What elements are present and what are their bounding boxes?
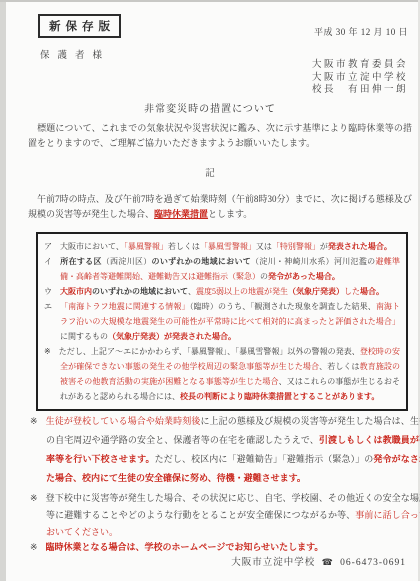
- item-marker: ※: [44, 347, 51, 356]
- closure-criteria-box: ア大阪市において、「暴風警報」若しくは「暴風雪警報」又は「特別警報」が発表された…: [36, 232, 408, 411]
- recipient-label: 保護者様: [40, 47, 110, 61]
- note-homepage-announcement: ※臨時休業となる場合は、学校のホームページでお知らせいたします。: [30, 540, 420, 555]
- note-marker: ※: [30, 493, 38, 503]
- note-text: 臨時休業となる場合は、学校のホームページでお知らせいたします。: [46, 542, 324, 552]
- criteria-item-i: イ所在する区（西淀川区）のいずれかの地域において（淀川・神崎川水系）河川氾濫の避…: [44, 254, 400, 284]
- criteria-item-text: 大阪市内のいずれかの地域において、震度5弱以上の地震が発生（気象庁発表）した場合…: [60, 287, 384, 296]
- item-marker: ア: [44, 242, 52, 251]
- criteria-item-text: 「南海トラフ地震に関連する情報」（臨時）のうち、「観測された現象を調査した結果、…: [60, 302, 400, 341]
- document-title: 非常変災時の措置について: [0, 100, 420, 115]
- document-date: 平成 30 年 12 月 10 日: [314, 25, 408, 38]
- scan-top-edge: [0, 0, 420, 2]
- sender-principal-name: 校長 有田伸一朗: [312, 84, 408, 97]
- footer-phone-number: 06-6473-0691: [340, 558, 406, 568]
- preservation-stamp: 新保存版: [38, 14, 121, 38]
- footer-contact: 大阪市立淀中学校 ☎ 06-6473-0691: [231, 554, 406, 568]
- item-marker: ウ: [44, 287, 52, 296]
- item-marker: イ: [44, 257, 52, 266]
- note-text: 登下校中に災害等が発生した場合、その状況に応じ、自宅、学校園、その他近くの安全な…: [46, 493, 420, 537]
- note-dismissal-procedure: ※生徒が登校している場合や始業時刻後に上記の態様及び規模の災害等が発生した場合は…: [30, 412, 420, 488]
- note-marker: ※: [30, 416, 38, 426]
- criteria-item-text: 大阪市において、「暴風警報」若しくは「暴風雪警報」又は「特別警報」が発表された場…: [60, 242, 392, 251]
- sender-school-name: 大阪市立淀中学校: [312, 72, 408, 85]
- criteria-item-u: ウ大阪市内のいずれかの地域において、震度5弱以上の地震が発生（気象庁発表）した場…: [44, 284, 400, 299]
- criteria-item-a: ア大阪市において、「暴風警報」若しくは「暴風雪警報」又は「特別警報」が発表された…: [44, 239, 400, 254]
- sender-block: 大阪市教育委員会 大阪市立淀中学校 校長 有田伸一朗: [312, 59, 408, 97]
- criteria-item-text: 所在する区（西淀川区）のいずれかの地域において（淀川・神崎川水系）河川氾濫の避難…: [60, 257, 400, 281]
- note-marker: ※: [30, 542, 38, 552]
- criteria-item-note: ※ただし、上記ア～エにかかわらず、「暴風警報」、「暴風雪警報」以外の警報の発表、…: [44, 344, 400, 404]
- scan-left-edge: [0, 0, 6, 581]
- ki-separator: 記: [0, 165, 420, 179]
- sender-board-of-education: 大阪市教育委員会: [312, 59, 408, 72]
- intro-paragraph: 標題について、これまでの気象状況や災害状況に鑑み、次に示す基準により臨時休業等の…: [28, 121, 412, 151]
- note-text: 生徒が登校している場合や始業時刻後に上記の態様及び規模の災害等が発生した場合は、…: [46, 416, 420, 483]
- item-marker: エ: [44, 302, 52, 311]
- footer-school-name: 大阪市立淀中学校: [231, 558, 315, 568]
- note-commute-safety: ※登下校中に災害等が発生した場合、その状況に応じ、自宅、学校園、その他近くの安全…: [30, 490, 420, 541]
- criteria-item-text: ただし、上記ア～エにかかわらず、「暴風警報」、「暴風雪警報」以外の警報の発表、登…: [59, 347, 400, 401]
- premise-paragraph: 午前7時の時点、及び午前7時を過ぎて始業時刻（午前8時30分）までに、次に掲げる…: [28, 192, 412, 222]
- phone-icon: ☎: [322, 557, 334, 567]
- scanned-notice-page: 新保存版 平成 30 年 12 月 10 日 保護者様 大阪市教育委員会 大阪市…: [0, 0, 420, 581]
- criteria-item-e: エ「南海トラフ地震に関連する情報」（臨時）のうち、「観測された現象を調査した結果…: [44, 299, 400, 344]
